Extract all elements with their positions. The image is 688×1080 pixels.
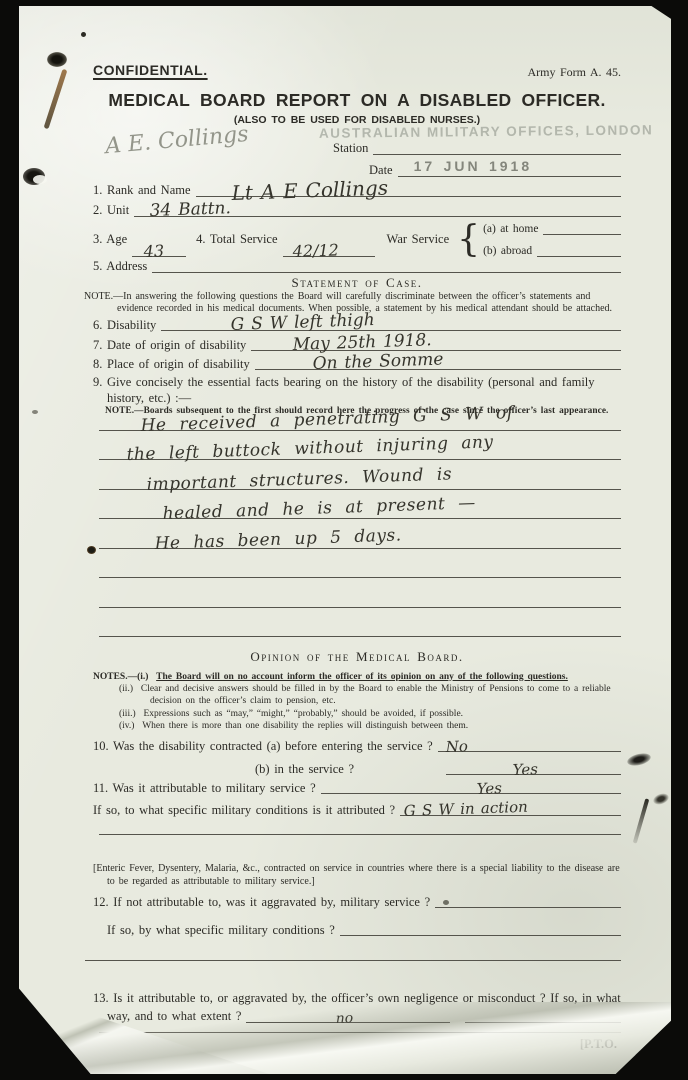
blank-line [99,834,621,835]
board-note-i-number: NOTES.—(i.) [93,672,148,682]
age-value: 43 [144,243,165,260]
total-service-line: 42/12 [283,243,375,257]
question-11b-label: If so, to what specific military conditi… [93,803,395,819]
disability-label: 6. Disability [93,318,156,334]
history-line-empty [99,608,621,638]
disability-value: G S W left thigh [231,312,375,334]
header-row: CONFIDENTIAL. Army Form A. 45. [93,62,621,80]
field-disability: 6. Disability G S W left thigh [93,317,621,333]
address-label: 5. Address [93,259,147,275]
form-subtitle: (ALSO TO BE USED FOR DISABLED NURSES.) [93,114,621,127]
history-line-empty [99,578,621,608]
history-line-empty [99,549,621,579]
war-service-abroad-row: (b) abroad [483,243,621,259]
board-note-i-text: The Board will on no account inform the … [156,672,568,682]
question-10b-answer: Yes [512,763,538,779]
history-line: He has been up 5 days. [99,519,621,549]
question-9: 9. Give concisely the essential facts be… [93,375,621,406]
statement-heading: Statement of Case. [93,275,621,291]
board-note-i: NOTES.—(i.) The Board will on no account… [93,671,621,683]
question-13-label-2: way, and to what extent ? [107,1009,241,1025]
question-10b-label: (b) in the service ? [255,762,354,778]
date-origin-label: 7. Date of origin of disability [93,338,246,354]
question-11b: If so, to what specific military conditi… [93,800,621,818]
question-10b: (b) in the service ? Yes [255,761,621,777]
place-origin-label: 8. Place of origin of disability [93,357,250,373]
ink-dot [443,900,449,905]
brace-icon: { [457,223,480,257]
field-address: 5. Address [93,259,621,275]
question-11-line: Yes [321,780,621,794]
question-11b-line: G S W in action [400,802,621,816]
board-note-iv: (iv.) When there is more than one disabi… [93,720,621,732]
question-10b-line: Yes [446,761,621,775]
question-11-answer: Yes [476,782,502,798]
document-page: A E. Collings AUSTRALIAN MILITARY OFFICE… [19,6,671,1074]
board-note-ii-number: (ii.) [119,684,133,694]
field-date-origin: 7. Date of origin of disability May 25th… [93,337,621,353]
rank-name-label: 1. Rank and Name [93,183,191,199]
address-line [152,259,621,273]
question-10-answer: No [445,740,468,756]
rank-name-value: Lt A E Collings [231,177,388,202]
question-12: 12. If not attributable to, was it aggra… [93,894,621,910]
field-place-origin: 8. Place of origin of disability On the … [93,356,621,372]
history-line: healed and he is at present — [99,490,621,520]
question-13-line-2 [465,1009,621,1023]
war-service-label: War Service [387,232,450,248]
disability-line: G S W left thigh [161,317,621,331]
history-line: the left buttock without injuring any [99,431,621,461]
pto-label: [P.T.O. [93,1037,621,1053]
form-content: CONFIDENTIAL. Army Form A. 45. MEDICAL B… [19,6,671,1053]
board-note-iii-text: Expressions such as “may,” “might,” “pro… [144,709,464,719]
place-origin-value: On the Somme [312,352,443,374]
question-12b-line [340,922,621,936]
blank-line [85,960,621,961]
board-note-ii: (ii.) Clear and decisive answers should … [93,683,621,708]
form-title: MEDICAL BOARD REPORT ON A DISABLED OFFIC… [93,90,621,112]
field-age-service-row: 3. Age 43 4. Total Service 42/12 War Ser… [93,221,621,259]
history-line: important structures. Wound is [99,460,621,490]
station-label: Station [333,141,368,157]
history-line: He received a penetrating G S W of [99,418,621,431]
board-note-iv-text: When there is more than one disability t… [142,721,468,731]
date-row: Date 17 JUN 1918 [369,161,621,179]
blank-line [99,1032,621,1033]
question-10-line: No [438,738,621,752]
question-10-label: 10. Was the disability contracted (a) be… [93,739,433,755]
war-service-abroad-line [537,243,621,257]
field-unit: 2. Unit 34 Battn. [93,203,621,219]
question-13-answer-row: way, and to what extent ? no [93,1009,621,1025]
station-row: Station [333,141,621,157]
unit-value: 34 Battn. [150,200,232,220]
war-service-home-label: (a) at home [483,222,538,236]
war-service-group: (a) at home (b) abroad [483,221,621,259]
unit-label: 2. Unit [93,203,129,219]
age-label: 3. Age [93,232,127,248]
question-13-line-1: no [246,1009,449,1023]
question-13-answer: no [335,1011,353,1026]
war-service-home-line [543,221,621,235]
field-rank-name: 1. Rank and Name Lt A E Collings [93,183,621,199]
war-service-home-row: (a) at home [483,221,621,237]
board-note-ii-text: Clear and decisive answers should be fil… [141,684,611,706]
board-notes: NOTES.—(i.) The Board will on no account… [93,671,621,733]
form-number: Army Form A. 45. [527,65,621,80]
board-note-iv-number: (iv.) [119,721,134,731]
total-service-value: 42/12 [292,242,339,260]
bracket-note: [Enteric Fever, Dysentery, Malaria, &c.,… [93,863,621,888]
rank-name-line: Lt A E Collings [196,183,621,197]
date-stamp: 17 JUN 1918 [414,158,533,176]
question-10: 10. Was the disability contracted (a) be… [93,738,621,754]
date-line: 17 JUN 1918 [398,163,621,177]
board-note-iii-number: (iii.) [119,709,136,719]
station-line [373,141,621,155]
question-12-line [435,894,621,908]
question-12b-label: If so, by what specific military conditi… [107,923,335,939]
opinion-heading: Opinion of the Medical Board. [93,649,621,665]
confidential-label: CONFIDENTIAL. [93,62,208,80]
question-11: 11. Was it attributable to military serv… [93,780,621,796]
age-line: 43 [132,243,186,257]
question-13: 13. Is it attributable to, or aggravated… [93,991,621,1007]
place-origin-line: On the Somme [255,356,621,370]
question-11b-answer: G S W in action [404,800,529,819]
question-12b: If so, by what specific military conditi… [93,922,621,938]
war-service-abroad-label: (b) abroad [483,244,532,258]
question-12-label: 12. If not attributable to, was it aggra… [93,895,430,911]
question-11-label: 11. Was it attributable to military serv… [93,781,316,797]
board-note-iii: (iii.) Expressions such as “may,” “might… [93,708,621,720]
total-service-label: 4. Total Service [196,232,277,248]
unit-line: 34 Battn. [134,203,621,217]
